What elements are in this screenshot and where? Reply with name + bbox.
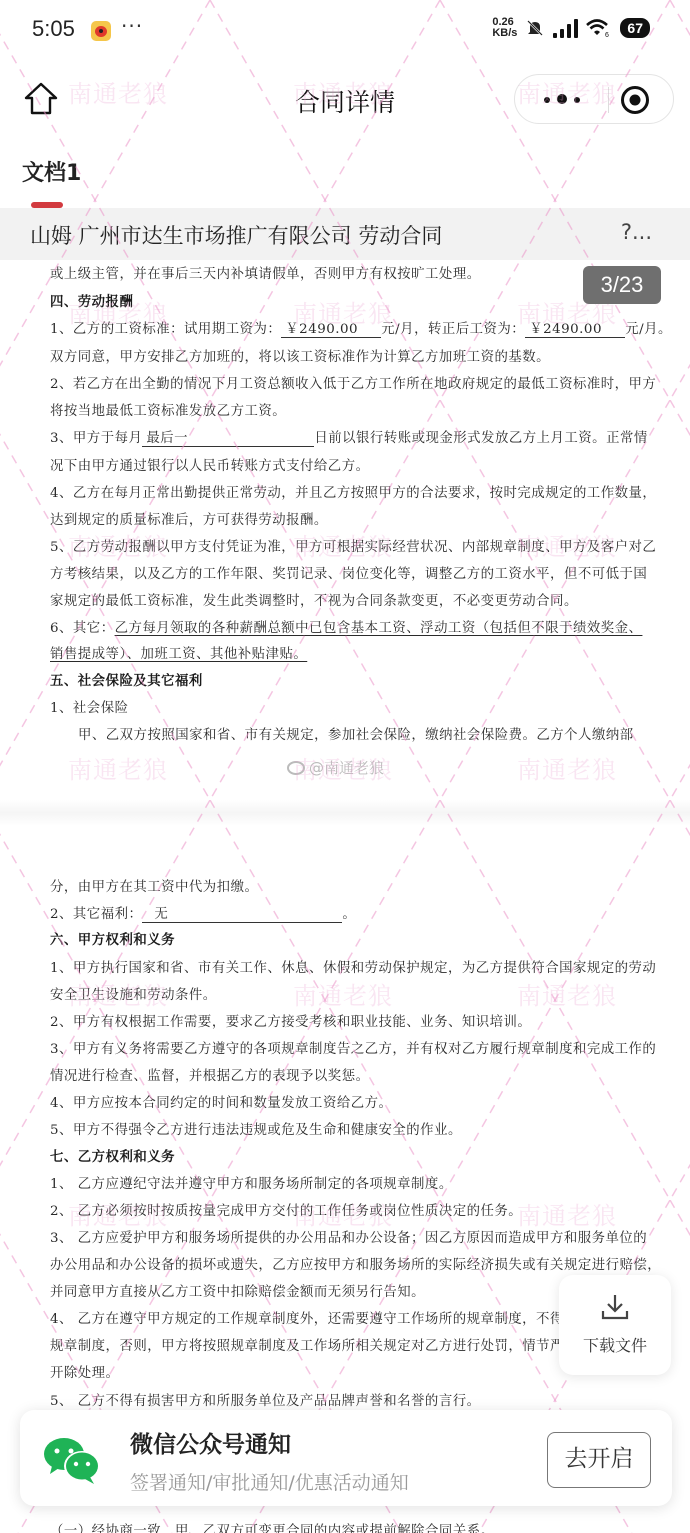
probation-salary-field: ￥2490.00	[281, 322, 381, 338]
watermark-text: 南通老狼	[517, 976, 617, 1011]
doc-line-salary: 1、乙方的工资标准：试用期工资为：￥2490.00元/月，转正后工资为：￥249…	[50, 318, 672, 338]
download-file-label: 下载文件	[559, 1333, 671, 1356]
contract-title: 山姆 广州市达生市场推广有限公司 劳动合同	[30, 220, 442, 250]
doc-line: 4、甲方应按本合同约定的时间和数量发放工资给乙方。	[50, 1092, 392, 1111]
regular-salary-field: ￥2490.00	[525, 322, 625, 338]
download-icon	[600, 1293, 630, 1321]
network-speed-unit: KB/s	[492, 28, 517, 39]
doc-line: 3、 乙方应爱护甲方和服务场所提供的办公用品和办公设备；因乙方原因而造成甲方和服…	[50, 1227, 647, 1246]
page-indicator: 3/23	[583, 266, 661, 304]
close-mini-program-icon[interactable]	[619, 84, 651, 116]
wechat-notification-banner: 微信公众号通知 签署通知/审批通知/优惠活动通知 去开启	[20, 1410, 672, 1506]
doc-line: 5、 乙方不得有损害甲方和所服务单位及产品品牌声誉和名誉的言行。	[50, 1390, 481, 1409]
doc-line: 4、乙方在每月正常出勤提供正常劳动，并且乙方按照甲方的合法要求，按时完成规定的工…	[50, 482, 656, 501]
doc-line: 1、 乙方应遵纪守法并遵守甲方和服务场所制定的各项规章制度。	[50, 1173, 453, 1192]
status-more-icon: ···	[121, 14, 143, 38]
doc-line: 甲、乙双方按照国家和省、市有关规定，参加社会保险，缴纳社会保险费。乙方个人缴纳部	[78, 724, 634, 743]
doc-line: 2、 乙方必须按时按质按量完成甲方交付的工作任务或岗位性质决定的任务。	[50, 1200, 522, 1219]
weibo-app-icon	[91, 21, 111, 41]
title-overflow[interactable]: ?...	[621, 220, 652, 244]
notification-title: 微信公众号通知	[130, 1426, 291, 1459]
contract-title-bar: 山姆 广州市达生市场推广有限公司 劳动合同 ?...	[0, 208, 690, 260]
doc-line: 1、甲方执行国家和省、市有关工作、休息、休假和劳动保护规定，为乙方提供符合国家规…	[50, 957, 656, 976]
weibo-watermark: @南通老狼	[287, 757, 384, 778]
wechat-icon	[42, 1436, 104, 1486]
doc-line: 家规定的最低工资标准，发生此类调整时，不视为合同条款变更，不必变更劳动合同。	[50, 590, 578, 609]
capsule-divider	[608, 87, 609, 113]
doc-line-benefits: 2、其它福利：无。	[50, 903, 356, 923]
doc-line: 2、若乙方在出全勤的情况下月工资总额收入低于乙方工作所在地政府规定的最低工资标准…	[50, 373, 656, 392]
doc-line: 2、甲方有权根据工作需要，要求乙方接受考核和职业技能、业务、知识培训。	[50, 1011, 531, 1030]
mini-program-capsule	[514, 74, 674, 124]
status-time: 5:05	[32, 16, 75, 42]
doc-line: 方考核结果，以及乙方的工作年限、奖罚记录、岗位变化等，调整乙方的工资水平，但不可…	[50, 563, 647, 582]
weibo-logo-icon	[287, 761, 305, 775]
doc-line: 情况进行检查、监督，并根据乙方的表现予以奖惩。	[50, 1065, 369, 1084]
doc-line: 4、 乙方在遵守甲方规定的工作规章制度外，还需要遵守工作场所的规章制度，不得	[50, 1308, 564, 1327]
doc-line: 或上级主管，并在事后三天内补填请假单，否则甲方有权按旷工处理。	[50, 263, 481, 282]
doc-line: 达到规定的质量标准后，方可获得劳动报酬。	[50, 509, 328, 528]
doc-line: 办公用品和办公设备的损坏或遗失，乙方应按甲方和服务场所的实际经济损失或有关规定进…	[50, 1254, 661, 1273]
other-benefits-field: 无	[142, 907, 342, 923]
network-speed: 0.26 KB/s	[492, 17, 517, 39]
doc-line-payday: 3、甲方于每月最后一日前以银行转账或现金形式发放乙方上月工资。正常情	[50, 427, 648, 447]
doc-line-other-cont: 销售提成等）、加班工资、其他补贴津贴。	[50, 643, 307, 662]
doc-line: 并同意甲方直接从乙方工资中扣除赔偿金额而无须另行告知。	[50, 1281, 425, 1300]
doc-line-other: 6、其它：乙方每月领取的各种薪酬总额中已包含基本工资、浮动工资（包括但不限于绩效…	[50, 617, 642, 636]
payday-field: 最后一	[142, 431, 314, 447]
signal-icon	[553, 18, 578, 38]
doc-line: 分，由甲方在其工资中代为扣缴。	[50, 876, 258, 895]
doc-line: 1、社会保险	[50, 697, 128, 716]
watermark-text: 南通老狼	[517, 1196, 617, 1231]
doc-line: 规章制度，否则，甲方将按照规章制度及工作场所相关规定对乙方进行处罚，情节严	[50, 1335, 564, 1354]
page-break	[0, 800, 690, 826]
doc-line: 3、甲方有义务将需要乙方遵守的各项规章制度告之乙方，并有权对乙方履行规章制度和完…	[50, 1038, 656, 1057]
doc-line: 况下由甲方通过银行以人民币转账方式支付给乙方。	[50, 455, 369, 474]
doc-line: （一）经协商一致，甲、乙双方可变更合同的内容或提前解除合同关系。	[50, 1520, 495, 1533]
watermark-text: 南通老狼	[293, 976, 393, 1011]
svg-text:6: 6	[605, 32, 609, 38]
section-heading: 六、甲方权利和义务	[50, 929, 175, 948]
more-options-icon[interactable]	[537, 88, 587, 110]
tab-document-1[interactable]: 文档1	[22, 156, 81, 187]
doc-line: 5、乙方劳动报酬以甲方支付凭证为准，甲方可根据实际经营状况、内部规章制度、甲方及…	[50, 536, 656, 555]
battery-indicator: 67	[620, 18, 650, 38]
doc-line: 5、甲方不得强令乙方进行违法违规或危及生命和健康安全的作业。	[50, 1119, 462, 1138]
status-bar: 5:05 ··· 0.26 KB/s 6 67	[0, 0, 690, 60]
section-heading: 七、乙方权利和义务	[50, 1146, 175, 1165]
notification-subtitle: 签署通知/审批通知/优惠活动通知	[130, 1468, 409, 1495]
section-heading: 五、社会保险及其它福利	[50, 670, 203, 689]
doc-line: 双方同意，甲方安排乙方加班的，将以该工资标准作为计算乙方加班工资的基数。	[50, 346, 550, 365]
doc-line: 将按当地最低工资标准发放乙方工资。	[50, 400, 286, 419]
download-file-button[interactable]: 下载文件	[559, 1275, 671, 1375]
doc-line: 安全卫生设施和劳动条件。	[50, 984, 217, 1003]
doc-line: 开除处理。	[50, 1362, 119, 1381]
section-heading: 四、劳动报酬	[50, 291, 133, 310]
wifi-icon: 6	[586, 18, 612, 38]
mute-bell-icon	[525, 18, 545, 38]
watermark-text: 南通老狼	[68, 750, 168, 785]
watermark-text: 南通老狼	[517, 750, 617, 785]
enable-notification-button[interactable]: 去开启	[547, 1432, 651, 1488]
nav-bar: 合同详情	[0, 64, 690, 134]
